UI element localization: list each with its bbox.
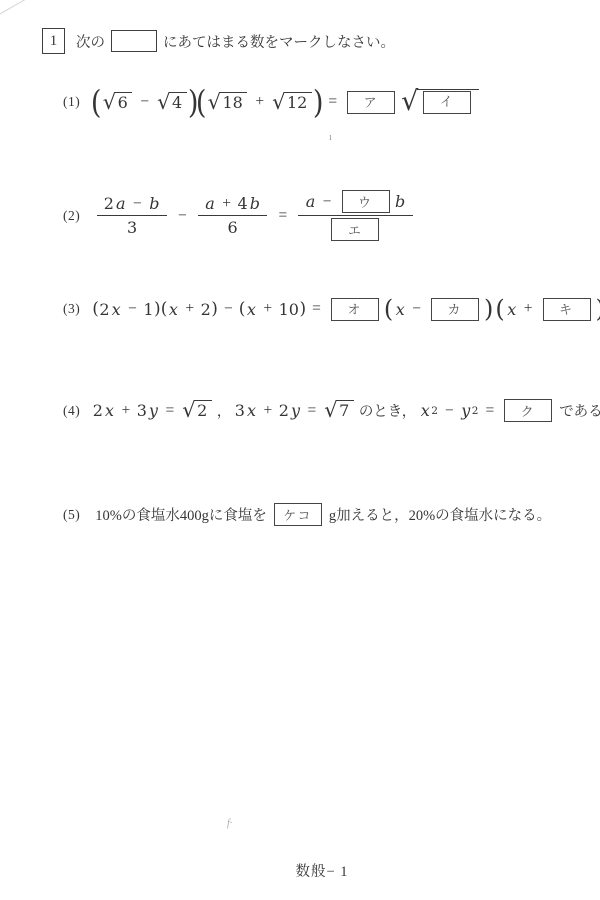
answer-box: エ [331,218,379,241]
math-number: 3 [137,401,147,420]
paren: ) [313,86,324,118]
problem-2: (2) 2a−b3−a+4b6=a−ウbエ [63,190,418,241]
math-operator: = [278,207,287,225]
scan-artifact-1: ı [329,132,332,143]
radicand: 4 [169,92,186,112]
math-superscript: 2 [431,405,438,417]
problem-4: (4) 2x+3y=√2，3x+2y=√7のとき，x2−y2=クである。 [63,399,600,422]
math-number: 4 [238,194,248,213]
sqrt-symbol: √ [103,92,116,113]
numerator: a−ウb [298,190,413,215]
math-operator: − [178,207,187,225]
paren: ( [91,86,102,118]
math-variable: b [250,194,260,213]
problem-2-expression: 2a−b3−a+4b6=a−ウbエ [92,190,418,241]
instruction-post: にあてはまる数をマークしなさい。 [163,31,395,52]
math-operator: + [263,300,272,318]
paren: ) [596,297,600,321]
math-operator: = [312,300,321,318]
sqrt-symbol: √ [208,92,221,113]
scan-artifact-2: f· [227,818,232,829]
radicand: 12 [285,92,312,112]
paren: ( [384,297,393,321]
math-operator: = [165,402,174,420]
jp-text: g加えると，20%の食塩水になる。 [329,504,551,525]
problem-5-expression: 10%の食塩水400gに食塩をケコg加えると，20%の食塩水になる。 [92,503,554,526]
math-variable: x [421,401,430,420]
fraction: 2a−b3 [97,194,167,237]
paren: ( [196,86,207,118]
answer-box: キ [543,298,591,321]
math-operator: − [133,195,142,213]
paren: ) [484,297,493,321]
paren: ) [211,299,218,319]
jp-text: のとき， [359,400,416,421]
problem-5: (5) 10%の食塩水400gに食塩をケコg加えると，20%の食塩水になる。 [63,503,554,526]
math-number: 1 [143,300,153,319]
paren: ( [239,299,246,319]
math-variable: x [169,300,178,319]
question-number-box: 1 [42,28,65,54]
answer-box: カ [431,298,479,321]
jp-text: 10%の食塩水400gに食塩を [95,504,267,525]
math-variable: x [396,300,405,319]
math-number: 4 [172,94,182,112]
math-variable: b [395,192,405,211]
math-variable: x [247,300,256,319]
math-number: 2 [99,300,109,319]
math-operator: + [121,402,130,420]
math-operator: + [222,195,231,213]
answer-blank-sample [111,30,157,52]
math-variable: b [149,194,159,213]
math-number: 7 [339,402,349,420]
radicand: 18 [220,92,247,112]
answer-box: ケコ [274,503,322,526]
math-number: 10 [279,300,299,319]
sqrt-symbol: √ [401,89,418,115]
math-operator: + [264,402,273,420]
math-variable: a [205,194,215,213]
paren: ) [299,299,306,319]
paren: ( [495,297,504,321]
instruction-header: 1 次の にあてはまる数をマークしなさい。 [42,28,395,54]
numerator: a+4b [198,194,268,215]
answer-box: ウ [342,190,390,213]
math-superscript: 2 [472,405,479,417]
math-operator: − [224,300,233,318]
answer-box: ク [504,399,552,422]
sqrt-symbol: √ [157,92,170,113]
math-operator: + [255,93,264,111]
page-footer-label: 数般− 1 [0,860,600,881]
math-operator: + [524,300,533,318]
radicand: イ [417,89,479,114]
sqrt-symbol: √ [182,400,195,421]
math-operator: − [128,300,137,318]
instruction-pre: 次の [76,31,105,52]
radicand: 7 [337,400,354,420]
answer-box: ア [347,91,395,114]
sqrt-radical: √7 [324,400,354,421]
math-number: 12 [287,94,307,112]
math-variable: a [306,192,316,211]
denominator: エ [298,215,413,241]
sqrt-radical: √6 [103,92,133,113]
numerator: 2a−b [97,194,167,215]
exam-page: 1 次の にあてはまる数をマークしなさい。 (1) (√6−√4)(√18+√1… [0,0,600,900]
problem-3: (3) (2x−1)(x+2)−(x+10)=オ(x−カ)(x+キ) [63,297,600,321]
fraction: a+4b6 [198,194,268,237]
jp-text: である。 [559,400,600,421]
math-operator: = [485,402,494,420]
math-operator: + [185,300,194,318]
math-variable: a [116,194,126,213]
math-variable: x [112,300,121,319]
math-operator: = [328,93,337,111]
problem-1-label: (1) [63,94,80,110]
paren: ) [154,299,161,319]
problem-4-expression: 2x+3y=√2，3x+2y=√7のとき，x2−y2=クである。 [92,399,600,422]
sqrt-radical: √イ [401,89,479,115]
math-operator: − [412,300,421,318]
math-number: 3 [127,218,137,237]
math-operator: = [307,402,316,420]
answer-box: イ [423,91,471,114]
sqrt-radical: √18 [208,92,248,113]
math-variable: y [461,401,470,420]
math-number: 2 [279,401,289,420]
jp-text: ， [217,400,232,421]
paren: ( [161,299,168,319]
problem-3-label: (3) [63,301,80,317]
sqrt-radical: √4 [157,92,187,113]
math-number: 2 [201,300,211,319]
fraction: a−ウbエ [298,190,413,241]
scan-artifact-corner-line [0,0,31,17]
math-variable: x [507,300,516,319]
math-number: 2 [197,402,207,420]
math-variable: x [105,401,114,420]
math-number: 2 [104,194,114,213]
math-number: 6 [228,218,238,237]
math-number: 2 [93,401,103,420]
problem-4-label: (4) [63,403,80,419]
problem-1: (1) (√6−√4)(√18+√12)=ア√イ [63,86,481,118]
math-variable: y [149,401,158,420]
denominator: 3 [97,215,167,237]
radicand: 2 [195,400,212,420]
sqrt-symbol: √ [272,92,285,113]
denominator: 6 [198,215,268,237]
math-operator: − [445,402,454,420]
math-number: 3 [235,401,245,420]
problem-2-label: (2) [63,208,80,224]
sqrt-radical: √12 [272,92,312,113]
problem-3-expression: (2x−1)(x+2)−(x+10)=オ(x−カ)(x+キ) [92,297,600,321]
problem-1-expression: (√6−√4)(√18+√12)=ア√イ [92,86,481,118]
problem-5-label: (5) [63,507,80,523]
sqrt-symbol: √ [324,400,337,421]
math-number: 6 [118,94,128,112]
math-operator: − [140,93,149,111]
math-operator: − [323,193,332,211]
math-number: 18 [223,94,243,112]
math-variable: x [247,401,256,420]
paren: ( [92,299,99,319]
answer-box: オ [331,298,379,321]
math-variable: y [291,401,300,420]
sqrt-radical: √2 [182,400,212,421]
radicand: 6 [115,92,132,112]
